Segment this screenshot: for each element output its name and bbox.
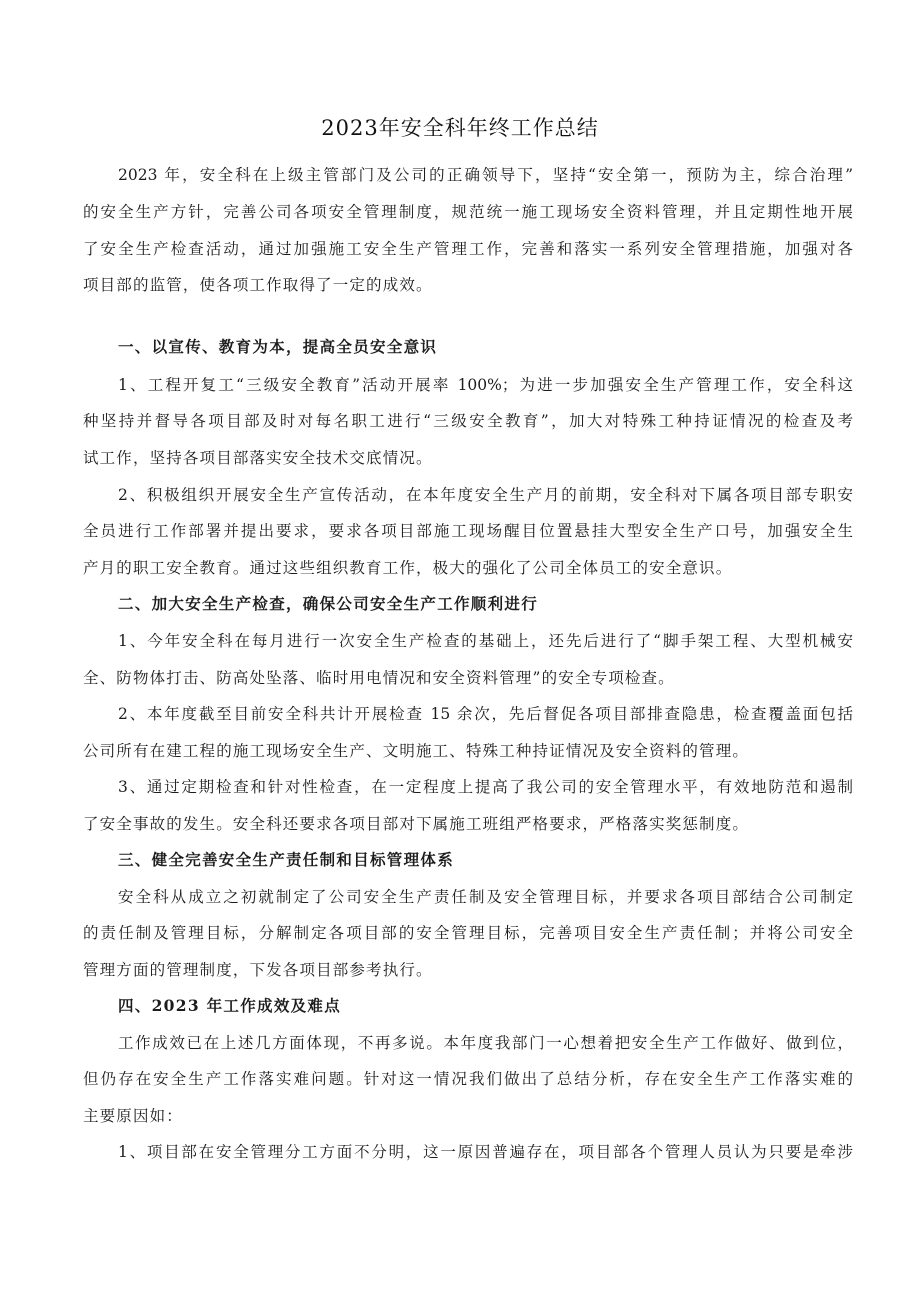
paragraph-line: 1、项目部在安全管理分工方面不分明，这一原因普遍存在，项目部各个管理人员认为只要… <box>118 1141 853 1163</box>
section-heading: 四、2023 年工作成效及难点 <box>118 995 853 1017</box>
paragraph-line: 3、通过定期检查和针对性检查，在一定程度上提高了我公司的安全管理水平，有效地防范… <box>118 776 853 798</box>
paragraph-line: 2、本年度截至目前安全科共计开展检查 15 余次，先后督促各项目部排查隐患，检查… <box>118 703 853 725</box>
section-heading: 二、加大安全生产检查，确保公司安全生产工作顺利进行 <box>118 593 853 615</box>
section-heading: 三、健全完善安全生产责任制和目标管理体系 <box>118 849 853 871</box>
paragraph-line: 了安全生产检查活动，通过加强施工安全生产管理工作，完善和落实一系列安全管理措施，… <box>83 238 853 260</box>
paragraph-line: 全员进行工作部署并提出要求，要求各项目部施工现场醒目位置悬挂大型安全生产口号，加… <box>83 520 853 542</box>
paragraph-line: 2、积极组织开展安全生产宣传活动，在本年度安全生产月的前期，安全科对下属各项目部… <box>118 484 853 506</box>
paragraph-line: 安全科从成立之初就制定了公司安全生产责任制及安全管理目标，并要求各项目部结合公司… <box>118 886 853 908</box>
paragraph-line: 试工作，坚持各项目部落实安全技术交底情况。 <box>83 447 853 469</box>
paragraph-line: 产月的职工安全教育。通过这些组织教育工作，极大的强化了公司全体员工的安全意识。 <box>83 557 853 579</box>
paragraph-line: 1、今年安全科在每月进行一次安全生产检查的基础上，还先后进行了“脚手架工程、大型… <box>118 630 853 652</box>
paragraph-line: 管理方面的管理制度，下发各项目部参考执行。 <box>83 959 853 981</box>
paragraph-line: 1、工程开复工“三级安全教育”活动开展率 100%；为进一步加强安全生产管理工作… <box>118 374 853 396</box>
paragraph-line: 公司所有在建工程的施工现场安全生产、文明施工、特殊工种持证情况及安全资料的管理。 <box>83 740 853 762</box>
paragraph-line: 种坚持并督导各项目部及时对每名职工进行“三级安全教育”，加大对特殊工种持证情况的… <box>83 410 853 432</box>
paragraph-line: 的安全生产方针，完善公司各项安全管理制度，规范统一施工现场安全资料管理，并且定期… <box>83 201 853 223</box>
paragraph-line: 主要原因如： <box>83 1105 853 1127</box>
document-title: 2023年安全科年终工作总结 <box>0 113 920 143</box>
paragraph-line: 2023 年，安全科在上级主管部门及公司的正确领导下，坚持“安全第一，预防为主，… <box>118 164 853 186</box>
paragraph-line: 项目部的监管，使各项工作取得了一定的成效。 <box>83 274 853 296</box>
paragraph-line: 但仍存在安全生产工作落实难问题。针对这一情况我们做出了总结分析，存在安全生产工作… <box>83 1068 853 1090</box>
paragraph-line: 的责任制及管理目标，分解制定各项目部的安全管理目标，完善项目安全生产责任制；并将… <box>83 922 853 944</box>
paragraph-line: 全、防物体打击、防高处坠落、临时用电情况和安全资料管理”的安全专项检查。 <box>83 667 853 689</box>
section-heading: 一、以宣传、教育为本，提高全员安全意识 <box>118 336 853 358</box>
document-page: 2023年安全科年终工作总结 2023 年，安全科在上级主管部门及公司的正确领导… <box>0 0 920 1301</box>
paragraph-line: 了安全事故的发生。安全科还要求各项目部对下属施工班组严格要求，严格落实奖惩制度。 <box>83 813 853 835</box>
paragraph-line: 工作成效已在上述几方面体现，不再多说。本年度我部门一心想着把安全生产工作做好、做… <box>118 1032 853 1054</box>
